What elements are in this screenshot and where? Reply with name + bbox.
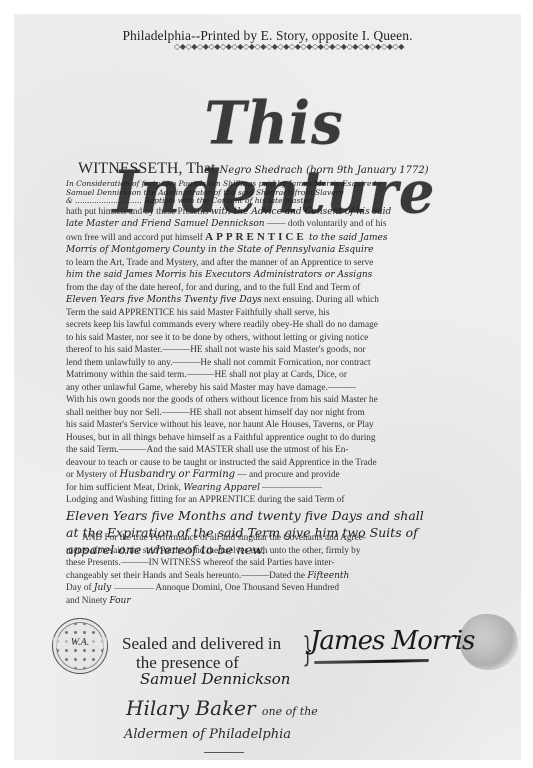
handwritten-text: with the Advice and Consent of his said [211,207,391,217]
printed-text: and Ninety [66,596,107,606]
signature-james-morris: James Morris [310,626,474,656]
printed-line: secrets keep his lawful commands every w… [66,319,480,332]
wax-seal-left: W.A. [52,618,108,674]
printed-line: from the day of the date hereof, for and… [66,282,480,295]
handwritten-line: & ............................ Baptism w… [66,197,480,206]
printed-line: his said Master's Service without his le… [66,419,480,432]
indenture-body: In Consideration of forty two Pounds ten… [66,180,480,558]
term-handwritten: Eleven Years five Months Twenty five Day… [66,295,262,305]
printed-line: Matrimony within the said term.———HE sha… [66,369,480,382]
printed-line: to learn the Art, Trade and Mystery, and… [66,257,480,270]
printed-line: thereof to his said Master.———HE shall n… [66,344,480,357]
witness-title: one of the [262,705,318,718]
witness-signature-1: Samuel Dennickson [140,670,290,688]
handwritten-text: Wearing Apparel [183,483,260,493]
printed-line: late Master and Friend Samuel Dennickson… [66,218,480,231]
printed-text: Annoque Domini, One Thousand Seven Hundr… [155,583,339,593]
handwritten-line: him the said James Morris his Executors … [66,269,480,282]
witnesseth-label: WITNESSETH, That [78,160,215,177]
printed-line: Term the said APPRENTICE his said Master… [66,307,480,320]
printed-text: — and procure and provide [237,470,339,480]
handwritten-line: Eleven Years five Months and twenty five… [66,507,480,524]
signature-underline [314,659,429,664]
witness-title-line: Aldermen of Philadelphia [124,727,291,742]
indenture-document: Philadelphia--Printed by E. Story, oppos… [14,14,521,760]
printed-text: next ensuing. During all which [264,295,379,305]
printed-line: to his said Master, nor see it to be don… [66,332,480,345]
date-month-handwritten: July [94,583,111,593]
date-year-handwritten: Four [109,596,130,606]
printed-line: for him sufficient Meat, Drink, Wearing … [66,482,480,495]
printed-line: changeably set their Hands and Seals her… [66,570,480,583]
handwritten-text: to the said James [309,233,387,243]
witness-name: Hilary Baker [126,696,256,720]
printed-line: the said Term.———And the said MASTER sha… [66,444,480,457]
handwritten-line: Morris of Montgomery County in the State… [66,244,480,257]
apprentice-name-handwritten: Negro Shedrach (born 9th January 1772) [219,165,428,176]
printed-line: Eleven Years five Months Twenty five Day… [66,294,480,307]
printed-line: these Presents.———IN WITNESS whereof the… [66,557,480,570]
printed-line: own free will and accord put himself APP… [66,231,480,245]
printed-line: Houses, but in all things behave himself… [66,432,480,445]
seal-initials: W.A. [53,637,107,648]
printed-text: changeably set their Hands and Seals her… [66,571,305,581]
printed-text: Day of [66,583,92,593]
printed-line: or Mystery of Husbandry or Farming — and… [66,469,480,482]
printed-line: With his own goods nor the goods of othe… [66,394,480,407]
printed-line: Lodging and Washing fitting for an APPRE… [66,494,480,507]
printed-text: for him sufficient Meat, Drink, [66,483,181,493]
printed-line: hath put himself and by these Presents w… [66,206,480,219]
pen-flourish [204,752,244,753]
printed-text: or Mystery of [66,470,117,480]
printed-line: deavour to teach or cause to be taught o… [66,457,480,470]
apprentice-heading: APPRENTICE [205,231,307,243]
covenant-paragraph: AND For the true Performance of all and … [66,532,480,607]
handwritten-text: late Master and Friend Samuel Dennickson [66,219,265,229]
printed-line: shall neither buy nor Sell.———HE shall n… [66,407,480,420]
printed-line: lend them unlawfully to any.———He shall … [66,357,480,370]
sealed-delivered-clause: Sealed and delivered in the presence of [122,634,281,672]
witnesseth-line: WITNESSETH, That Negro Shedrach (born 9t… [78,160,429,178]
blank-line [262,486,322,488]
printed-text: hath put himself and by these Presents [66,207,209,217]
witness-signature-2: Hilary Baker one of the [126,696,318,720]
blank-line [114,587,154,589]
sealed-line-1: Sealed and delivered in [122,634,281,653]
ornament-divider: ◇◆◇◆◇◆◇◆◇◆◇◆◇◆◇◆◇◆◇◆◇◆◇◆◇◆◇◆◇◆◇◆◇◆◇◆◇◆◇◆ [139,42,439,51]
printed-line: AND For the true Performance of all and … [66,532,480,545]
printed-line: and Ninety Four [66,595,480,608]
printed-line: any other unlawful Game, whereby his sai… [66,382,480,395]
date-day-handwritten: Fifteenth [307,571,349,581]
printed-line: Day of July Annoque Domini, One Thousand… [66,582,480,595]
printed-line: ments aforesaid, the said Parties bind t… [66,545,480,558]
printed-text: own free will and accord put himself [66,233,203,243]
printed-text: —— doth voluntarily and of his [267,219,387,229]
trade-handwritten: Husbandry or Farming [119,469,235,480]
